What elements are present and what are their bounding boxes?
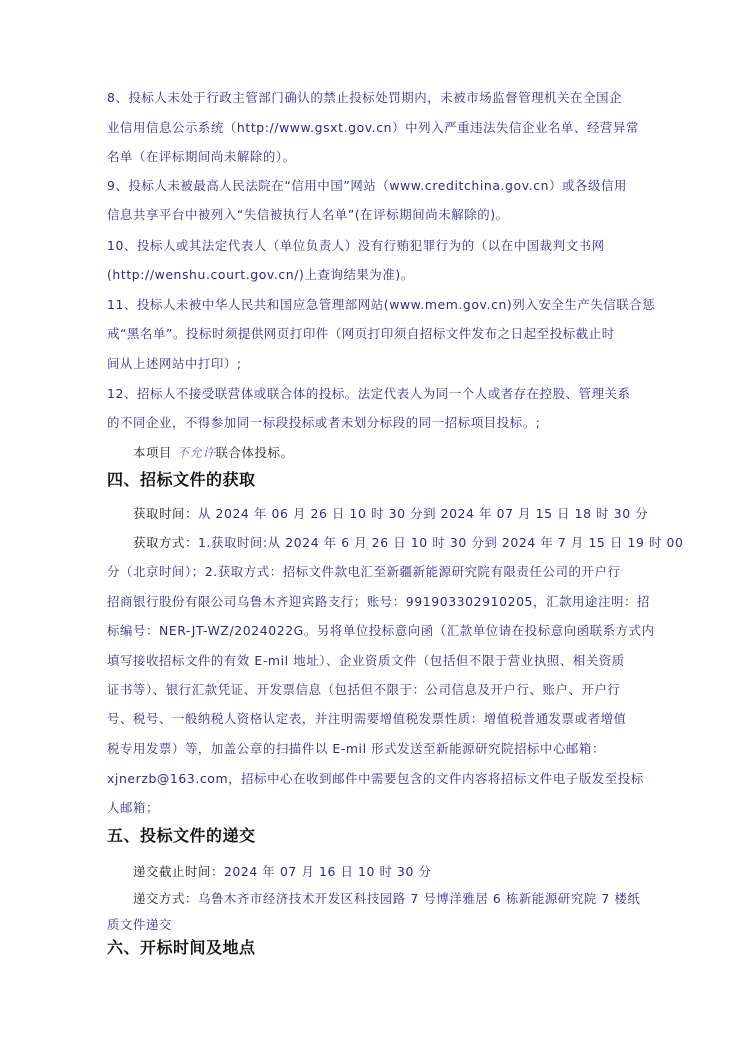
method-label: 获取方式：: [133, 535, 198, 550]
section4-method-line6: 证书等）、银行汇款凭证、开发票信息（包括但不限于：公司信息及开户行、账户、开户行: [107, 682, 620, 698]
section5-method-line1: 递交方式：乌鲁木齐市经济技术开发区科技园路 7 号博洋雅居 6 栋新能源研究院 …: [133, 891, 640, 907]
item12-line1: 12、招标人不接受联营体或联合体的投标。法定代表人为同一个人或者存在控股、管理关…: [107, 386, 631, 402]
item8-line3: 名单（在评标期间尚未解除的）。: [107, 149, 296, 165]
section4-method-line10: 人邮箱；: [107, 800, 159, 816]
submit-method-value: 乌鲁木齐市经济技术开发区科技园路 7 号博洋雅居 6 栋新能源研究院 7 楼纸: [198, 891, 640, 906]
item10-line1: 10、投标人或其法定代表人（单位负责人）没有行贿犯罪行为的（以在中国裁判文书网: [107, 238, 605, 254]
item8-line2: 业信用信息公示系统（http://www.gsxt.gov.cn）中列入严重违法…: [107, 120, 639, 136]
item9-line1: 9、投标人未被最高人民法院在“信用中国”网站（www.creditchina.g…: [107, 178, 627, 194]
submit-method-label: 递交方式：: [133, 891, 198, 906]
item11-line2: 戒“黑名单”。投标时须提供网页打印件（网页打印须自招标文件发布之日起至投标截止时: [107, 326, 615, 342]
section6-heading: 六、开标时间及地点: [107, 940, 256, 956]
item9-line2: 信息共享平台中被列入“失信被执行人名单”(在评标期间尚未解除的)。: [107, 207, 509, 223]
consortium-suffix: 联合体投标。: [216, 445, 294, 460]
section4-method-line2: 分（北京时间）；2.获取方式：招标文件款电汇至新疆新能源研究院有限责任公司的开户…: [107, 564, 620, 580]
consortium-prefix: 本项目: [133, 445, 172, 460]
section4-method-line1: 获取方式：1.获取时间:从 2024 年 6 月 26 日 10 时 30 分到…: [133, 535, 683, 551]
section4-method-line9: xjnerzb@163.com，招标中心在收到邮件中需要包含的文件内容将招标文件…: [107, 771, 644, 787]
section4-method-line4: 标编号：NER-JT-WZ/2024022G。另将单位投标意向函（汇款单位请在投…: [107, 623, 655, 639]
deadline-value: 2024 年 07 月 16 日 10 时 30 分: [224, 864, 432, 879]
item8-line1: 8、投标人未处于行政主管部门确认的禁止投标处罚期内，未被市场监督管理机关在全国企: [107, 90, 622, 106]
section4-heading: 四、招标文件的获取: [107, 472, 256, 488]
item12-line2: 的不同企业，不得参加同一标段投标或者未划分标段的同一招标项目投标。;: [107, 415, 540, 431]
section4-method-line7: 号、税号、一般纳税人资格认定表，并注明需要增值税发票性质：增值税普通发票或者增值: [107, 711, 627, 727]
item11-line1: 11、投标人未被中华人民共和国应急管理部网站(www.mem.gov.cn)列入…: [107, 297, 655, 313]
section4-method-line8: 税专用发票）等，加盖公章的扫描件以 E-mil 形式发送至新能源研究院招标中心邮…: [107, 741, 605, 757]
consortium-value: 不允许: [177, 445, 216, 460]
deadline-label: 递交截止时间：: [133, 864, 224, 879]
section5-heading: 五、投标文件的递交: [107, 828, 256, 844]
section4-method-line3: 招商银行股份有限公司乌鲁木齐迎宾路支行；账号：991903302910205，汇…: [107, 594, 650, 610]
section4-method-line5: 填写接收招标文件的有效 E-mil 地址）、企业资质文件（包括但不限于营业执照、…: [107, 653, 625, 669]
section5-deadline: 递交截止时间：2024 年 07 月 16 日 10 时 30 分: [133, 864, 432, 880]
section4-time: 获取时间：从 2024 年 06 月 26 日 10 时 30 分到 2024 …: [133, 506, 648, 522]
consortium-statement: 本项目 不允许联合体投标。: [133, 445, 293, 461]
item11-line3: 间从上述网站中打印）;: [107, 356, 242, 372]
time-value: 从 2024 年 06 月 26 日 10 时 30 分到 2024 年 07 …: [198, 506, 648, 521]
time-label: 获取时间：: [133, 506, 198, 521]
method-value: 1.获取时间:从 2024 年 6 月 26 日 10 时 30 分到 2024…: [198, 535, 684, 550]
item10-line2: (http://wenshu.court.gov.cn/)上查询结果为准)。: [107, 267, 414, 283]
section5-method-line2: 质文件递交: [107, 917, 172, 933]
